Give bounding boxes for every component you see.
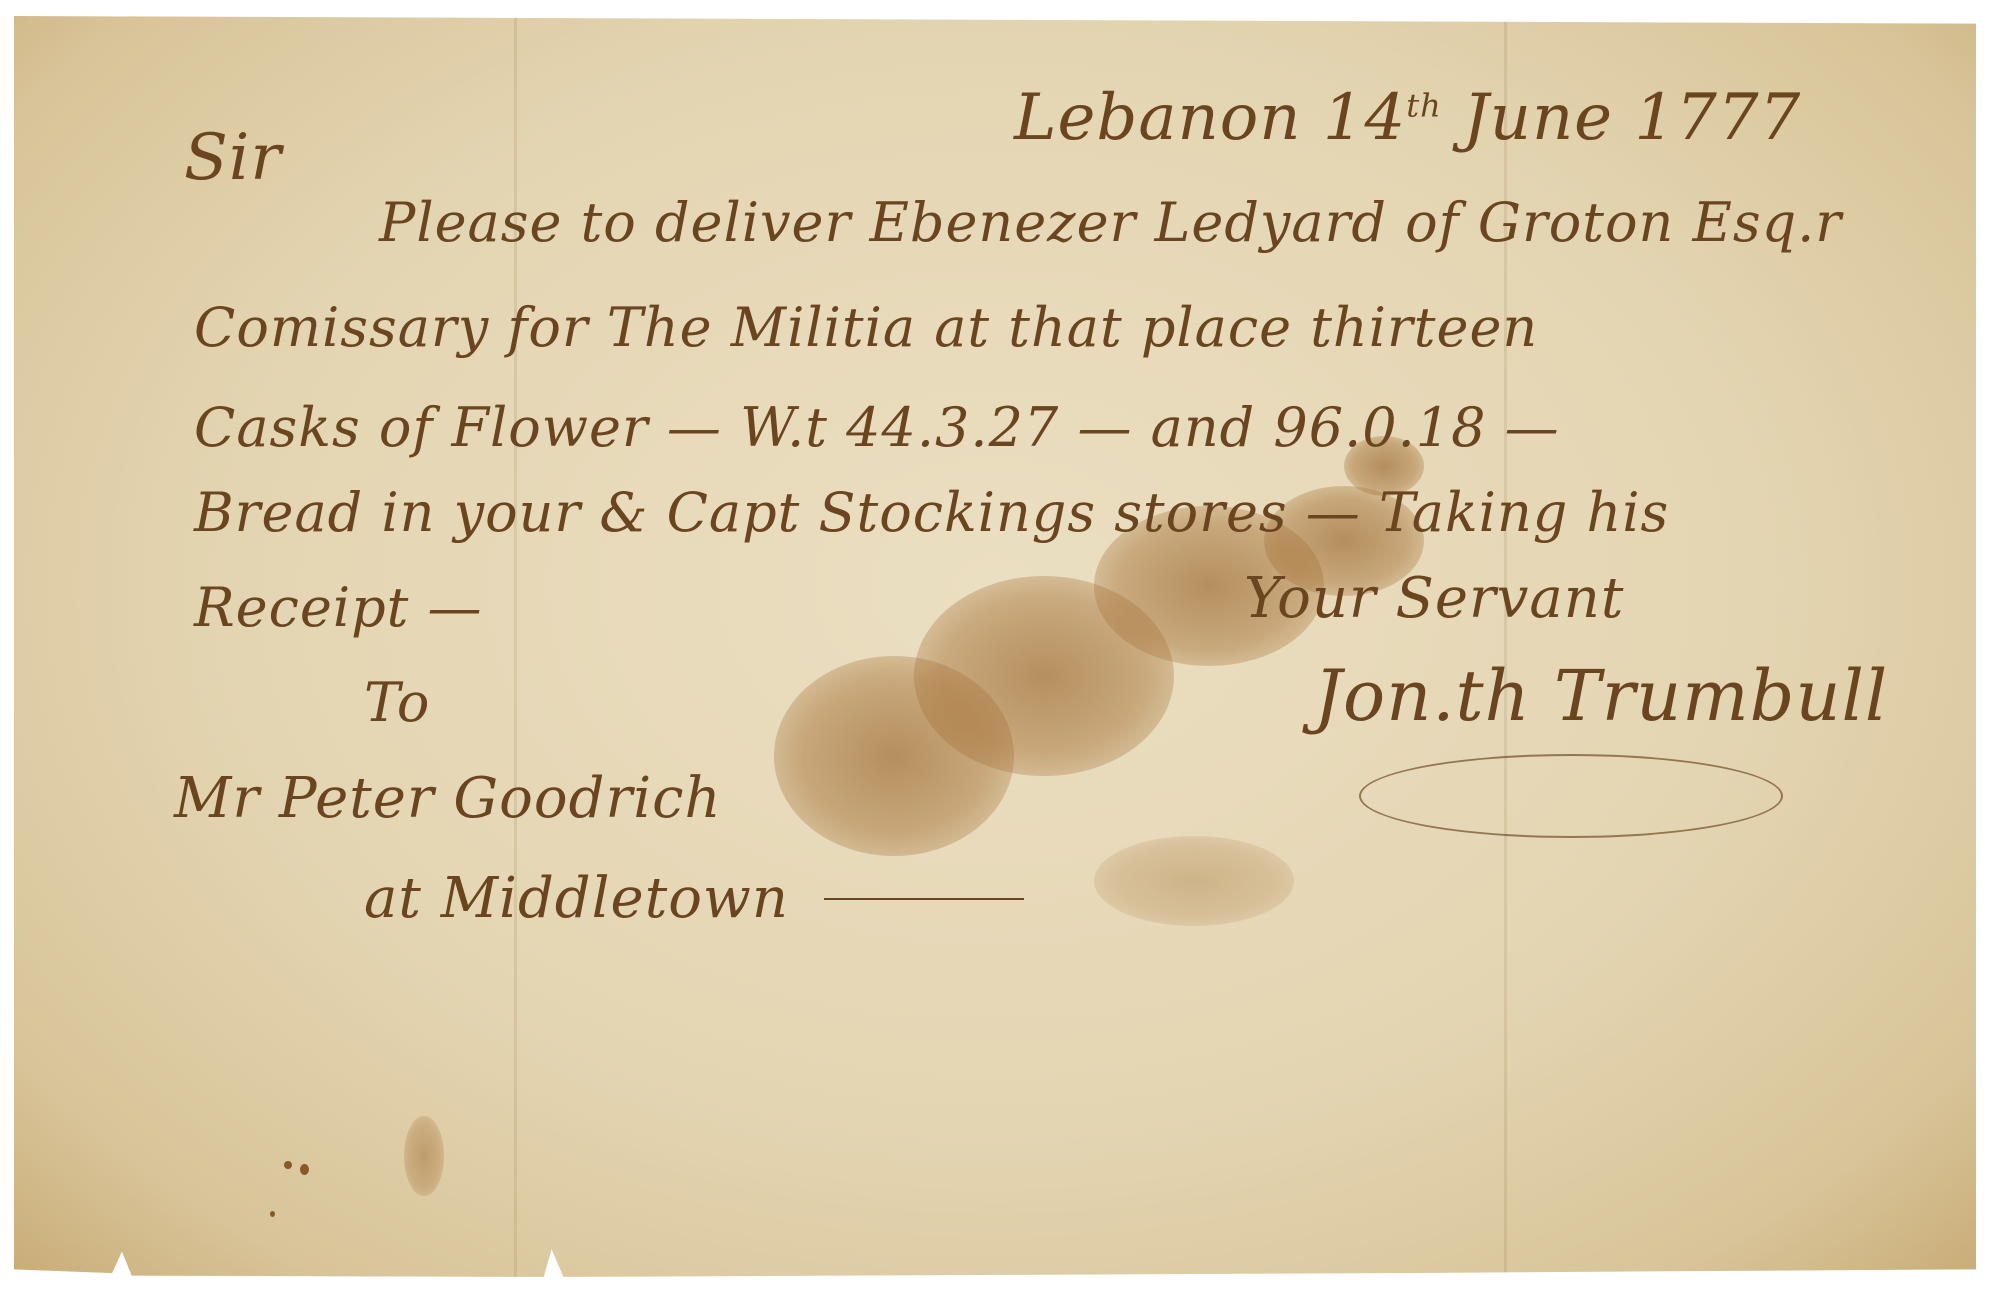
casks-text: Casks of Flower —: [194, 396, 740, 459]
dateline-place: Lebanon: [1014, 81, 1301, 155]
salutation: Sir: [184, 126, 282, 190]
dateline: Lebanon 14th June 1777: [1014, 86, 1801, 150]
addressee-location: at Middletown: [364, 871, 789, 927]
weight-second: 96.0.18: [1273, 396, 1486, 459]
body-line-1: Please to deliver Ebenezer Ledyard of Gr…: [379, 196, 1842, 250]
ink-stain: [404, 1116, 444, 1196]
addressee-name: Mr Peter Goodrich: [174, 771, 722, 827]
dateline-month: June: [1463, 81, 1613, 155]
trailing-dash: [824, 898, 1024, 900]
ink-spot: [284, 1161, 292, 1169]
body-line-2: Comissary for The Militia at that place …: [194, 301, 1538, 355]
weight-label: W.t: [740, 396, 828, 459]
ink-spot: [300, 1164, 309, 1175]
dateline-day-suffix: th: [1406, 87, 1441, 125]
addressee-prefix: To: [364, 676, 430, 730]
letter-paper: Sir Lebanon 14th June 1777 Please to del…: [14, 16, 1976, 1282]
weight-connector: and: [1151, 396, 1256, 459]
ink-stain: [1094, 836, 1294, 926]
dateline-year: 1777: [1634, 81, 1801, 155]
closing: Your Servant: [1244, 571, 1624, 627]
dateline-day: 14: [1323, 81, 1406, 155]
ink-spot: [270, 1211, 275, 1217]
weight-first: 44.3.27: [846, 396, 1059, 459]
body-line-4: Bread in your & Capt Stockings stores — …: [194, 486, 1669, 540]
signature: Jon.th Trumbull: [1314, 661, 1888, 731]
ink-stain: [774, 656, 1014, 856]
signature-flourish: [1359, 754, 1783, 838]
body-line-3: Casks of Flower — W.t 44.3.27 — and 96.0…: [194, 401, 1560, 455]
body-line-5: Receipt —: [194, 581, 483, 635]
